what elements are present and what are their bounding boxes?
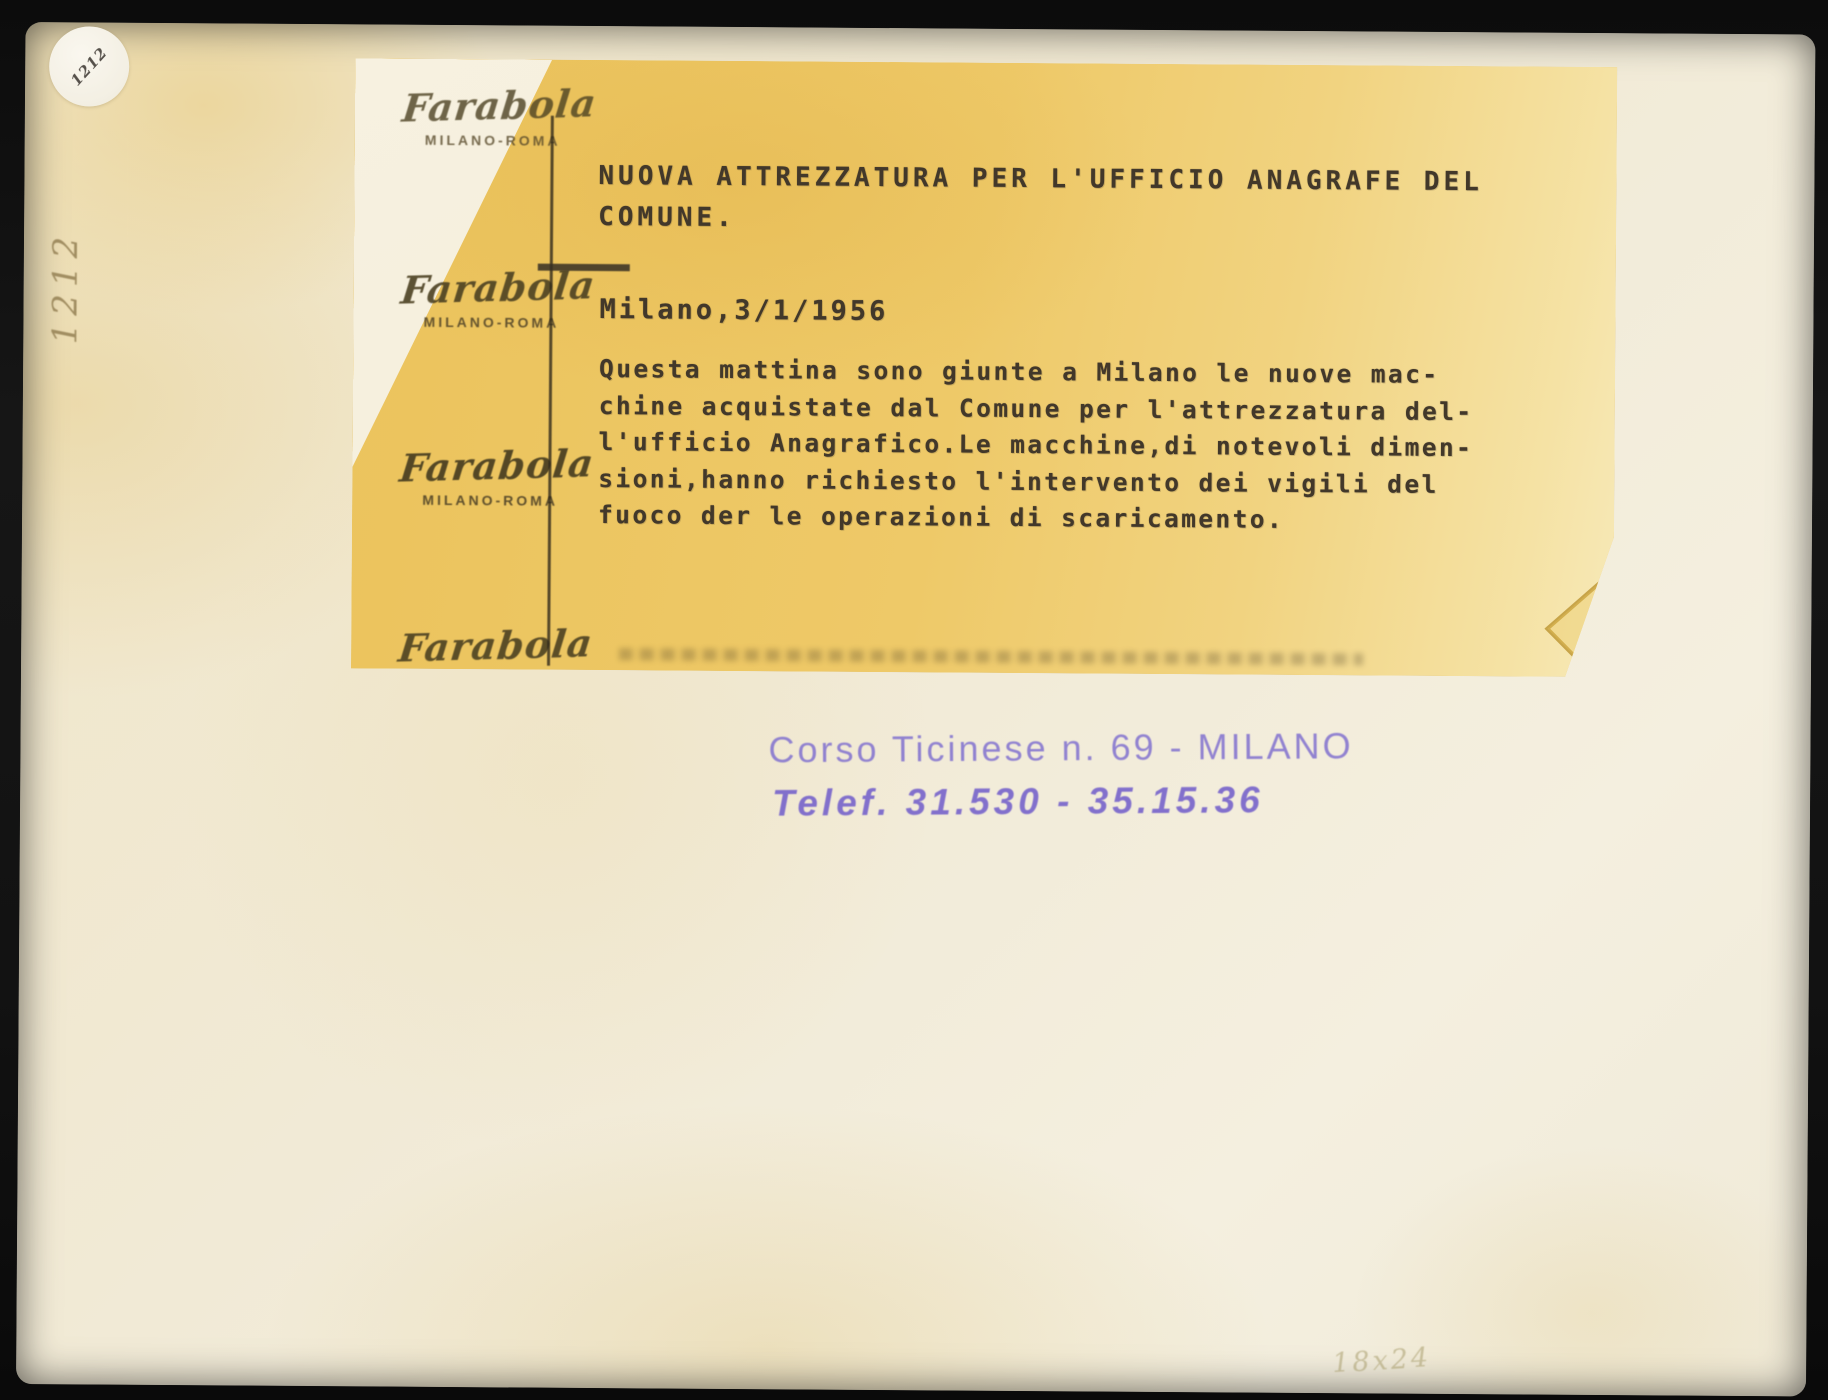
pencil-size-note: 18x24: [1331, 1342, 1432, 1379]
caption-body-line: fuoco der le operazioni di scaricamento.: [598, 497, 1588, 540]
agency-logo-script: Farabola: [400, 81, 586, 131]
agency-logo-cities: MILANO-ROMA: [400, 492, 580, 509]
caption-dateline: Milano,3/1/1956: [599, 294, 888, 327]
caption-headline-line2: COMUNE.: [598, 197, 1588, 245]
agency-logo: Farabola MILANO-ROMA: [401, 265, 581, 331]
caption-body: Questa mattina sono giunte a Milano le n…: [598, 351, 1589, 540]
agency-logo: Farabola: [399, 623, 579, 669]
photo-back-scan: { "photo_back": { "corner_sticker_number…: [0, 0, 1828, 1400]
sticker-number: 1212: [67, 44, 111, 90]
agency-logo: Farabola MILANO-ROMA: [403, 83, 583, 149]
agency-logo-script: Farabola: [396, 621, 582, 671]
archive-corner-sticker: 1212: [49, 26, 130, 107]
agency-watermark-column: Farabola MILANO-ROMA Farabola MILANO-ROM…: [399, 59, 583, 670]
caption-separator-dash: [538, 264, 630, 272]
handwritten-edge-number: 1212: [45, 204, 86, 344]
photo-card-back: 1212 1212 Farabola MILANO-ROMA Farabola …: [16, 22, 1815, 1396]
agency-logo-cities: MILANO-ROMA: [401, 314, 581, 331]
caption-body-line: l'ufficio Anagrafico.Le macchine,di note…: [598, 424, 1588, 467]
caption-headline-line1: NUOVA ATTREZZATURA PER L'UFFICIO ANAGRAF…: [598, 156, 1588, 204]
caption-headline: NUOVA ATTREZZATURA PER L'UFFICIO ANAGRAF…: [598, 156, 1589, 245]
agency-logo-cities: MILANO-ROMA: [403, 132, 583, 149]
caption-body-line: Questa mattina sono giunte a Milano le n…: [599, 351, 1589, 394]
caption-label: Farabola MILANO-ROMA Farabola MILANO-ROM…: [351, 58, 1617, 677]
agency-logo-script: Farabola: [397, 441, 583, 491]
ink-smudge-line: [619, 648, 1363, 665]
agency-address-stamp: Corso Ticinese n. 69 - MILANO: [768, 725, 1353, 771]
agency-logo: Farabola MILANO-ROMA: [400, 443, 580, 509]
agency-phone-stamp: Telef. 31.530 - 35.15.36: [772, 779, 1264, 824]
